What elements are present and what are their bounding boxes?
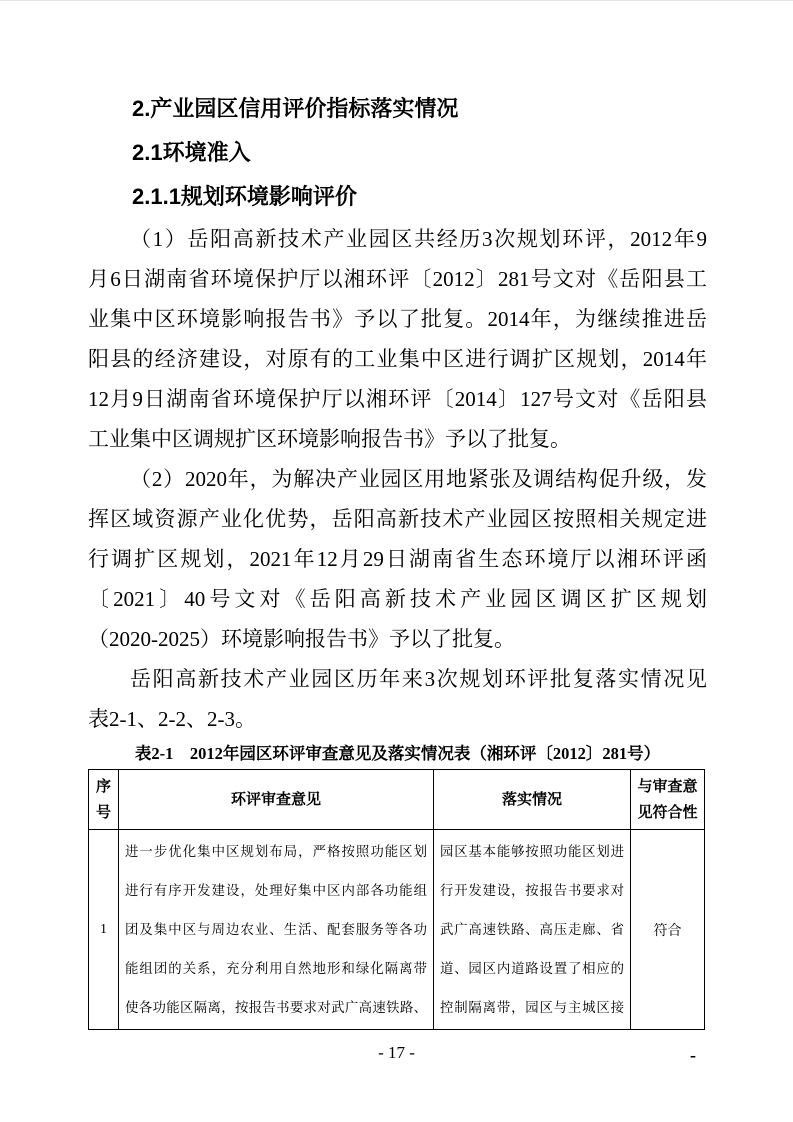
heading-section-2-1: 2.1环境准入 — [88, 131, 707, 175]
implementation-text: 园区基本能够按照功能区划进行开发建设，按报告书要求对武广高速铁路、高压走廊、省道… — [440, 832, 624, 1027]
eia-review-table: 序号 环评审查意见 落实情况 与审查意见符合性 1 进一步优化集中区规划布局，严… — [88, 769, 705, 1030]
cell-conformity: 符合 — [631, 830, 705, 1030]
table-header-row: 序号 环评审查意见 落实情况 与审查意见符合性 — [89, 770, 705, 830]
col-header-seq: 序号 — [89, 770, 119, 830]
page-number: - 17 - — [0, 1041, 793, 1065]
table-row: 1 进一步优化集中区规划布局，严格按照功能区划进行有序开发建设，处理好集中区内部… — [89, 830, 705, 1030]
margin-dash: - — [690, 1043, 696, 1067]
table-caption: 表2-1 2012年园区环评审查意见及落实情况表（湘环评〔2012〕281号） — [88, 739, 707, 769]
paragraph-first-planning-eia: （1）岳阳高新技术产业园区共经历3次规划环评，2012年9月6日湖南省环境保护厅… — [88, 219, 707, 459]
heading-section-2: 2.产业园区信用评价指标落实情况 — [88, 87, 707, 131]
col-header-conformity: 与审查意见符合性 — [631, 770, 705, 830]
document-content: 2.产业园区信用评价指标落实情况 2.1环境准入 2.1.1规划环境影响评价 （… — [0, 1, 793, 1030]
paragraph-second-planning-eia: （2）2020年，为解决产业园区用地紧张及调结构促升级，发挥区域资源产业化优势，… — [88, 459, 707, 659]
paragraph-table-reference: 岳阳高新技术产业园区历年来3次规划环评批复落实情况见表2-1、2-2、2-3。 — [88, 659, 707, 739]
cell-review-opinion: 进一步优化集中区规划布局，严格按照功能区划进行有序开发建设，处理好集中区内部各功… — [119, 830, 434, 1030]
review-opinion-text: 进一步优化集中区规划布局，严格按照功能区划进行有序开发建设，处理好集中区内部各功… — [125, 832, 427, 1027]
cell-seq: 1 — [89, 830, 119, 1030]
col-header-review-opinion: 环评审查意见 — [119, 770, 434, 830]
cell-implementation: 园区基本能够按照功能区划进行开发建设，按报告书要求对武广高速铁路、高压走廊、省道… — [434, 830, 631, 1030]
col-header-implementation: 落实情况 — [434, 770, 631, 830]
document-page: 2.产业园区信用评价指标落实情况 2.1环境准入 2.1.1规划环境影响评价 （… — [0, 0, 793, 1122]
heading-section-2-1-1: 2.1.1规划环境影响评价 — [88, 175, 707, 219]
